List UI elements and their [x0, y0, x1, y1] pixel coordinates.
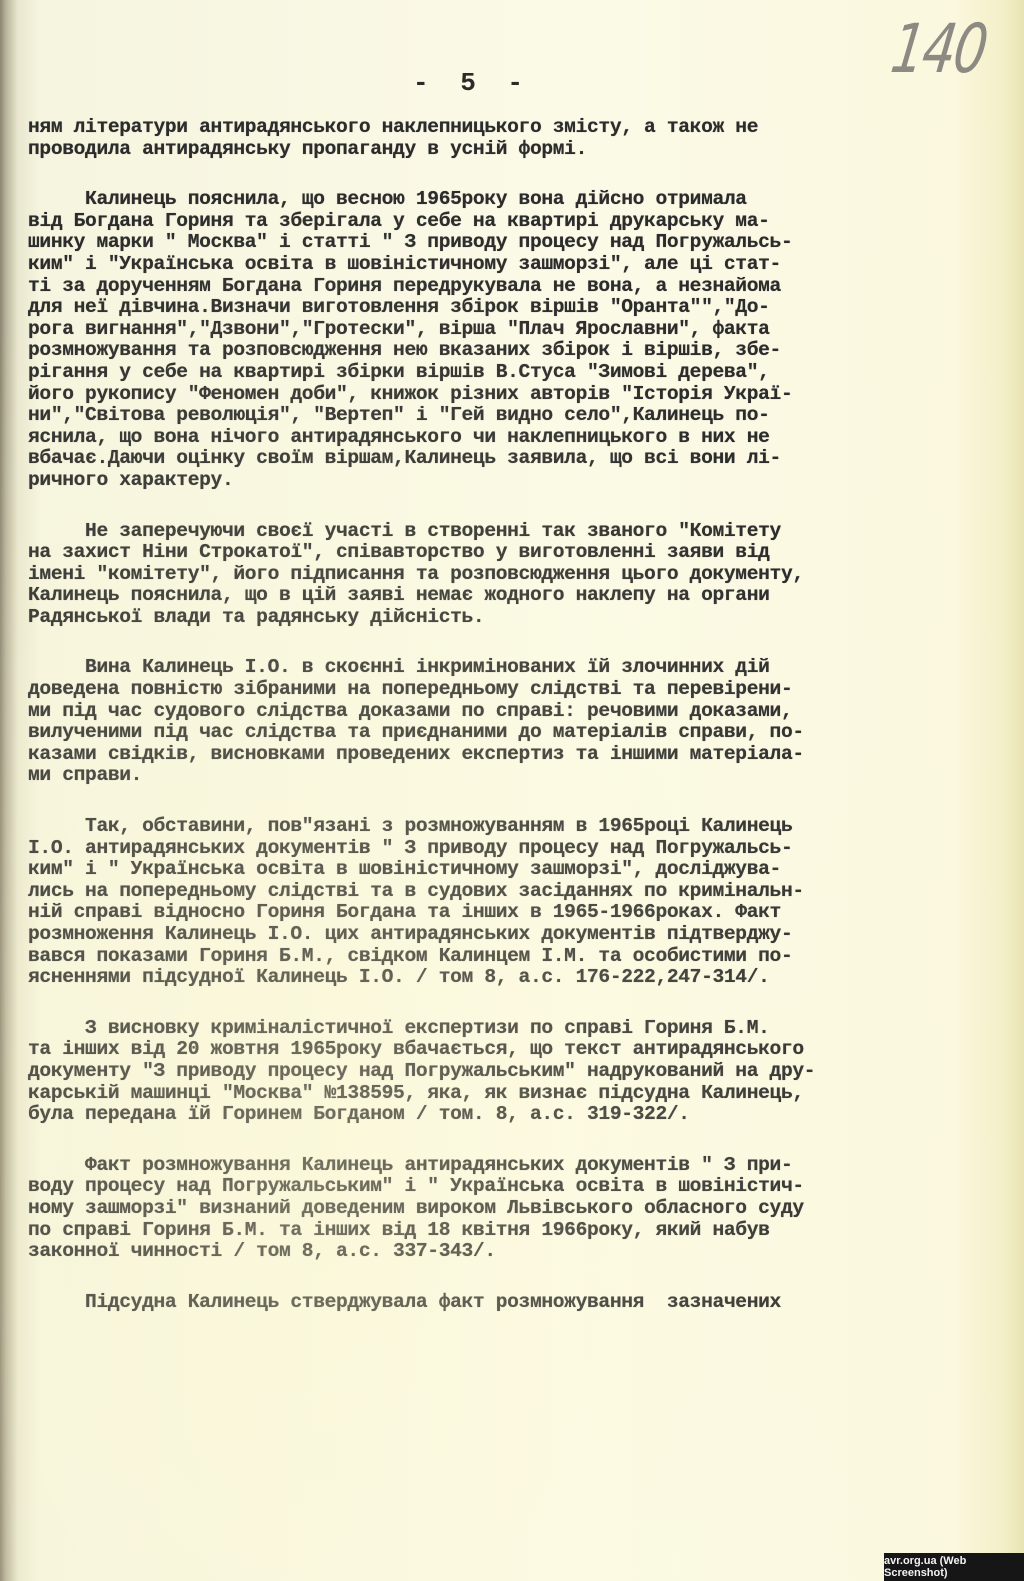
text-line: від Богдана Гориня та зберігала у себе н… [28, 211, 968, 233]
text-line: Радянської влади та радянську дійсність. [28, 607, 968, 629]
text-line: ким" і " Українська освіта в шовіністичн… [28, 859, 968, 881]
text-line: казами свідків, висновками проведених ек… [28, 744, 968, 766]
text-line: на захист Ніни Строкатої", співавторство… [28, 542, 968, 564]
text-line: ясненнями підсудної Калинець І.О. / том … [28, 967, 968, 989]
text-line: ному зашморзі" визнаний доведеним вироко… [28, 1198, 968, 1220]
text-line: ті за дорученням Богдана Гориня передрук… [28, 276, 968, 298]
text-line: вбачає.Даючи оцінку своїм віршам,Калинец… [28, 448, 968, 470]
text-line: Калинець пояснила, що в цій заяві немає … [28, 585, 968, 607]
text-line: вилученими під час слідства та приєднани… [28, 722, 968, 744]
text-line: Факт розмножування Калинець антирадянськ… [28, 1155, 968, 1177]
text-line: карській машинці "Москва" №138595, яка, … [28, 1083, 968, 1105]
handwritten-folio-number: 140 [887, 11, 991, 89]
paragraph: ням літератури антирадянського наклепниц… [28, 117, 968, 160]
text-line: для неї дівчина.Визначи виготовлення збі… [28, 297, 968, 319]
text-line: З висновку криміналістичної експертизи п… [28, 1018, 968, 1040]
text-line: розмноження Калинець І.О. цих антирадянс… [28, 924, 968, 946]
text-line: Не заперечуючи своєї участі в створенні … [28, 521, 968, 543]
page-number: - 5 - [0, 68, 984, 98]
text-line: по справі Гориня Б.М. та інших від 18 кв… [28, 1220, 968, 1242]
text-line: воду процесу над Погружальським" і " Укр… [28, 1176, 968, 1198]
text-line: була передана їй Горинем Богданом / том.… [28, 1104, 968, 1126]
paragraph: Вина Калинець І.О. в скоєнні інкримінова… [28, 657, 968, 787]
paragraph: Підсудна Калинець стверджувала факт розм… [28, 1292, 968, 1314]
text-line: документу "З приводу процесу над Погружа… [28, 1061, 968, 1083]
paragraph: Не заперечуючи своєї участі в створенні … [28, 521, 968, 629]
text-line: рігання у себе на квартирі збірки віршів… [28, 362, 968, 384]
paragraph: Факт розмножування Калинець антирадянськ… [28, 1155, 968, 1263]
text-line: Калинець пояснила, що весною 1965року во… [28, 189, 968, 211]
text-line: та інших від 20 жовтня 1965року вбачаєть… [28, 1039, 968, 1061]
text-line: ричного характеру. [28, 470, 968, 492]
text-line: ми справи. [28, 765, 968, 787]
document-page: - 5 - 140 ням літератури антирадянського… [0, 0, 1024, 1581]
document-body: ням літератури антирадянського наклепниц… [28, 117, 968, 1342]
paragraph: Калинець пояснила, що весною 1965року во… [28, 189, 968, 491]
text-line: Підсудна Калинець стверджувала факт розм… [28, 1292, 968, 1314]
text-line: ми під час судового слідства доказами по… [28, 701, 968, 723]
text-line: імені "комітету", його підписання та роз… [28, 564, 968, 586]
text-line: розмножування та розповсюдження нею вказ… [28, 340, 968, 362]
text-line: законної чинності / том 8, а.с. 337-343/… [28, 1241, 968, 1263]
text-line: рога вигнання","Дзвони","Гротески", вірш… [28, 319, 968, 341]
text-line: яснила, що вона нічого антирадянського ч… [28, 427, 968, 449]
text-line: шинку марки " Москва" і статті " З приво… [28, 232, 968, 254]
text-line: І.О. антирадянських документів " З приво… [28, 838, 968, 860]
text-line: ким" і "Українська освіта в шовіністично… [28, 254, 968, 276]
text-line: вався показами Гориня Б.М., свідком Кали… [28, 946, 968, 968]
text-line: ни","Світова революція", "Вертеп" і "Гей… [28, 405, 968, 427]
text-line: ній справі відносно Гориня Богдана та ін… [28, 902, 968, 924]
text-line: доведена повністю зібраними на попереднь… [28, 679, 968, 701]
text-line: Так, обставини, пов"язані з розмножуванн… [28, 816, 968, 838]
text-line: його рукопису "Феномен доби", книжок різ… [28, 384, 968, 406]
text-line: Вина Калинець І.О. в скоєнні інкримінова… [28, 657, 968, 679]
text-line: лись на попередньому слідстві та в судов… [28, 881, 968, 903]
source-watermark: avr.org.ua (Web Screenshot) [884, 1553, 1024, 1581]
text-line: ням літератури антирадянського наклепниц… [28, 117, 968, 139]
paragraph: Так, обставини, пов"язані з розмножуванн… [28, 816, 968, 989]
paragraph: З висновку криміналістичної експертизи п… [28, 1018, 968, 1126]
text-line: проводила антирадянську пропаганду в усн… [28, 139, 968, 161]
